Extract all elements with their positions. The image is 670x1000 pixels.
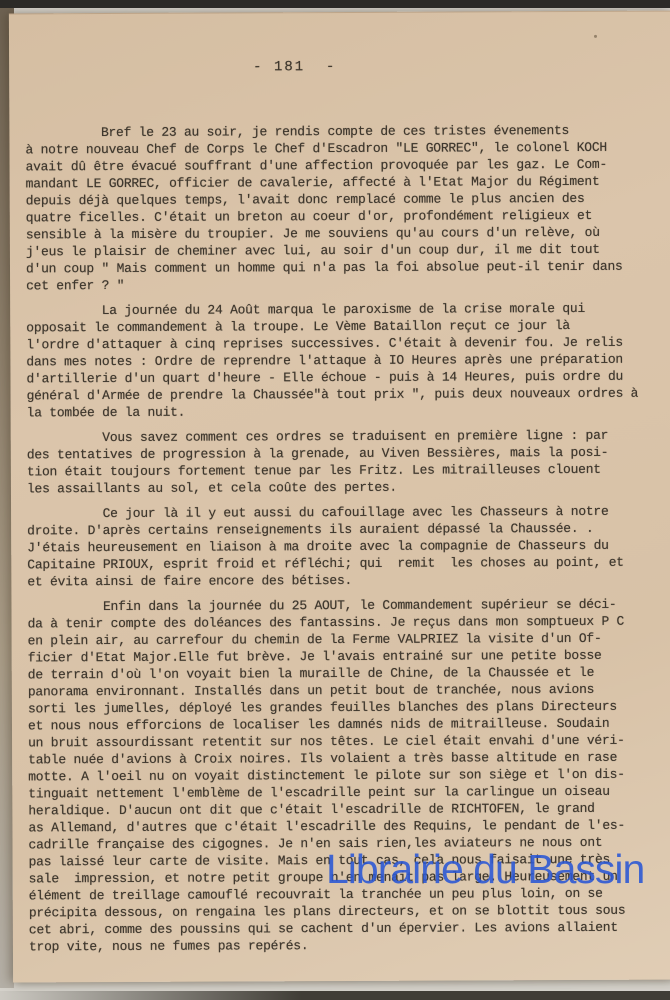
paragraph-5: Enfin dans la journée du 25 AOUT, le Com… bbox=[27, 596, 670, 956]
paragraph-3: Vous savez comment ces ordres se traduis… bbox=[27, 427, 670, 498]
scan-top-band bbox=[0, 0, 670, 8]
scanned-page: - 181 - Bref le 23 au soir, je rendis co… bbox=[0, 0, 670, 1000]
paragraph-4: Ce jour là il y eut aussi du cafouillage… bbox=[27, 503, 670, 591]
document-page: - 181 - Bref le 23 au soir, je rendis co… bbox=[9, 11, 670, 983]
watermark: Librairie du Bassin bbox=[326, 846, 644, 893]
paper-speck bbox=[594, 35, 597, 38]
page-number: - 181 - bbox=[253, 58, 670, 76]
scan-bottom-band bbox=[0, 991, 670, 1000]
paragraph-2: La journée du 24 Août marqua le paroxism… bbox=[26, 300, 670, 422]
paragraph-1: Bref le 23 au soir, je rendis compte de … bbox=[25, 122, 670, 295]
